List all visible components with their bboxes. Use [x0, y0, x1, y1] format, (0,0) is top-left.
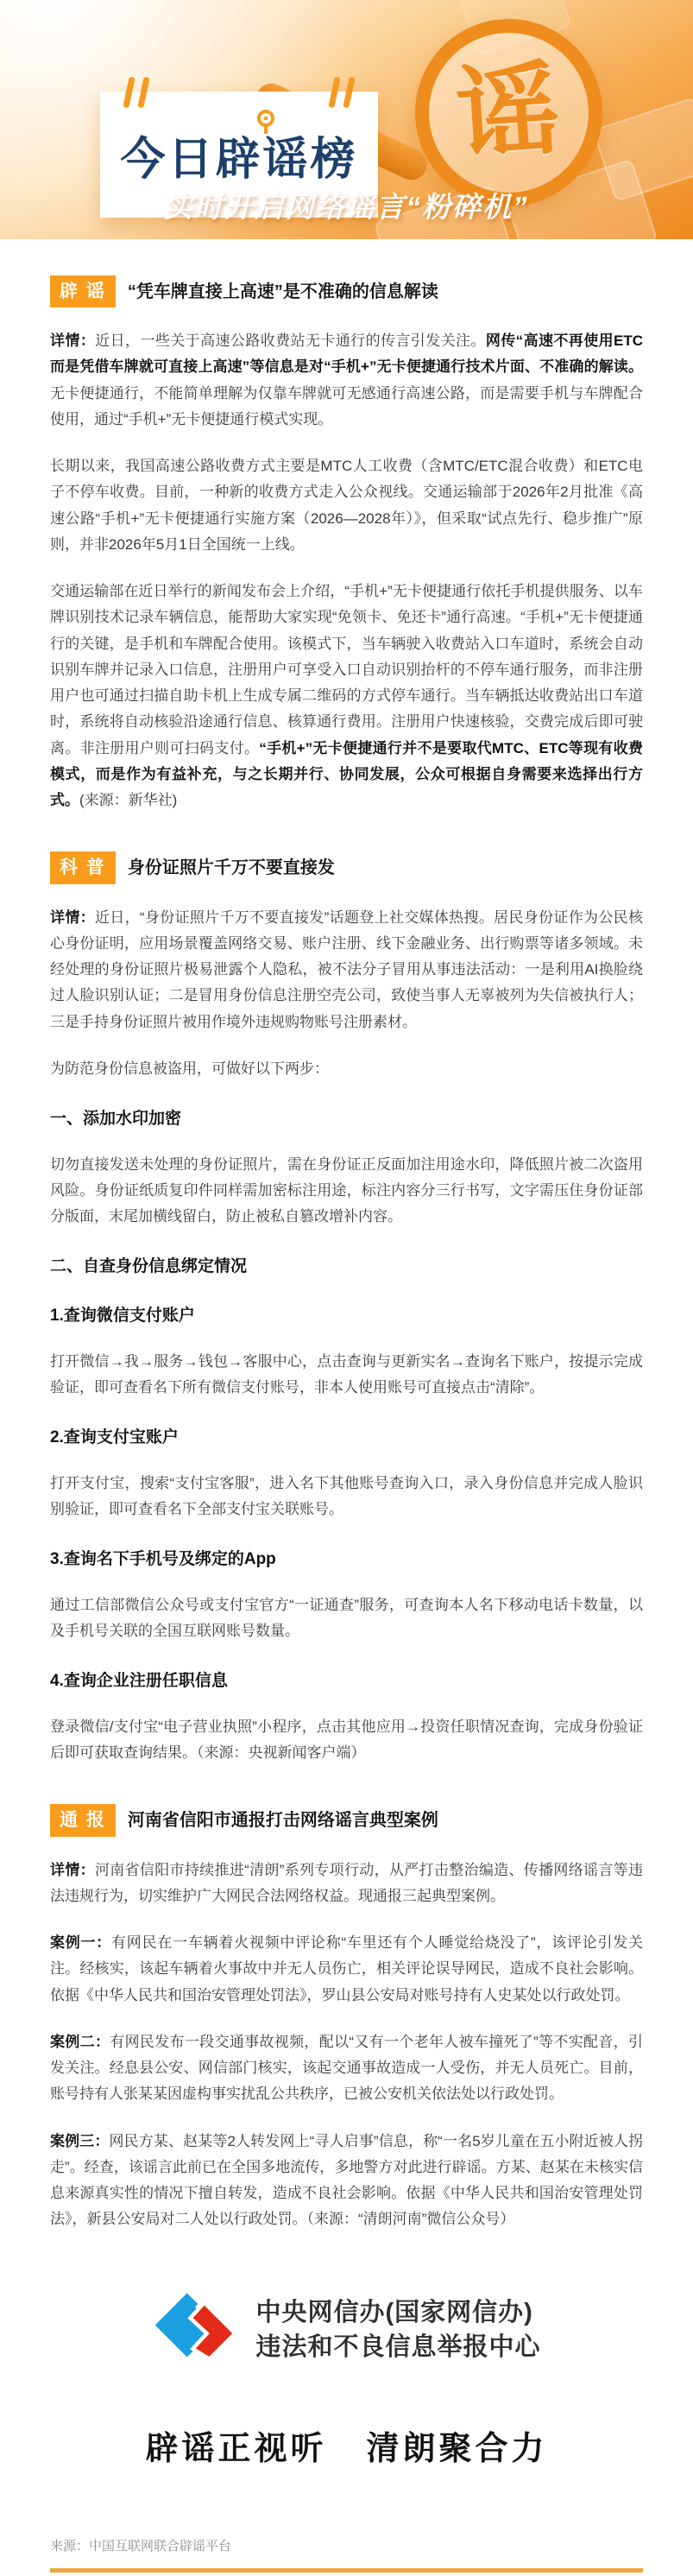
- text-run: 打开支付宝，搜索“支付宝客服”，进入名下其他账号查询入口，录入身份信息并完成人脸…: [50, 1475, 643, 1517]
- paragraph: 通过工信部微信公众号或支付宝官方“一证通查”服务，可查询本人名下移动电话卡数量，…: [50, 1592, 643, 1645]
- report-center-name: 中央网信办(国家网信办) 违法和不良信息举报中心: [255, 2295, 540, 2364]
- article-section: 通 报河南省信阳市通报打击网络谣言典型案例详情：河南省信阳市持续推进“清朗”系列…: [50, 1804, 643, 2232]
- text-run: 有网民在一车辆着火视频中评论称“车里还有个人睡觉给烧没了”，该评论引发关注。经核…: [50, 1934, 643, 2003]
- banner-image: 谣 今日辟谣榜 实时开启网络谣言“粉碎机”: [0, 0, 693, 239]
- paragraph: 交通运输部在近日举行的新闻发布会上介绍，“手机+”无卡便捷通行依托手机提供服务、…: [50, 579, 643, 813]
- section-header: 通 报河南省信阳市通报打击网络谣言典型案例: [50, 1804, 643, 1836]
- magnifier-icon: 谣: [415, 19, 602, 206]
- text-run: (来源：新华社): [79, 792, 177, 808]
- section-badge: 通 报: [50, 1804, 116, 1836]
- paragraph: 案例一：有网民在一车辆着火视频中评论称“车里还有个人睡觉给烧没了”，该评论引发关…: [50, 1930, 643, 2009]
- sub-heading: 2.查询支付宝账户: [50, 1427, 643, 1450]
- section-header: 辟 谣“凭车牌直接上高速”是不准确的信息解读: [50, 275, 643, 307]
- section-badge: 科 普: [50, 851, 116, 883]
- banner-title: 今日辟谣榜: [120, 123, 357, 187]
- pin-mark-icon: [137, 77, 149, 109]
- org-name-line2: 违法和不良信息举报中心: [255, 2330, 540, 2364]
- report-center-block: 中央网信办(国家网信办) 违法和不良信息举报中心: [50, 2288, 643, 2371]
- text-run: 切勿直接发送未处理的身份证照片，需在身份证正反面加注用途水印，降低照片被二次盗用…: [50, 1156, 643, 1225]
- text-run: 案例二：: [50, 2034, 110, 2050]
- text-run: 网民方某、赵某等2人转发网上“寻人启事”信息，称“一名5岁儿童在五小附近被人拐走…: [50, 2133, 643, 2228]
- text-run: 详情：: [50, 909, 95, 926]
- banner-title-text: 今日辟谣榜: [120, 135, 357, 185]
- pin-mark-icon: [328, 77, 340, 109]
- text-run: 河南省信阳市持续推进“清朗”系列专项行动，从严打击整治编造、传播网络谣言等违法违…: [50, 1862, 643, 1904]
- paragraph: 详情：近日，“身份证照片千万不要直接发”话题登上社交媒体热搜。居民身份证作为公民…: [50, 905, 643, 1035]
- banner-subtitle: 实时开启网络谣言“粉碎机”: [0, 185, 693, 225]
- magnifier-doodle-icon: [253, 109, 279, 135]
- text-run: 交通运输部在近日举行的新闻发布会上介绍，“手机+”无卡便捷通行依托手机提供服务、…: [50, 583, 643, 756]
- paragraph: 长期以来，我国高速公路收费方式主要是MTC人工收费（含MTC/ETC混合收费）和…: [50, 453, 643, 558]
- paragraph: 登录微信/支付宝“电子营业执照”小程序，点击其他应用→投资任职情况查询，完成身份…: [50, 1714, 643, 1767]
- rumor-character: 谣: [455, 59, 564, 168]
- article-section: 科 普身份证照片千万不要直接发详情：近日，“身份证照片千万不要直接发”话题登上社…: [50, 851, 643, 1766]
- sub-heading: 一、添加水印加密: [50, 1108, 643, 1131]
- bottom-divider: [50, 2568, 643, 2573]
- text-run: 为防范身份信息被盗用，可做好以下两步：: [50, 1060, 329, 1077]
- sub-heading: 二、自查身份信息绑定情况: [50, 1256, 643, 1279]
- source-line: 来源：中国互联网联合辟谣平台: [50, 2536, 643, 2554]
- text-run: 打开微信→我→服务→钱包→客服中心，点击查询与更新实名→查询名下账户，按提示完成…: [50, 1353, 643, 1396]
- pin-mark-icon: [343, 77, 355, 109]
- sub-heading: 4.查询企业注册任职信息: [50, 1670, 643, 1693]
- paragraph: 案例二：有网民发布一段交通事故视频，配以“又有一个老年人被车撞死了”等不实配音，…: [50, 2029, 643, 2108]
- article-body: 辟 谣“凭车牌直接上高速”是不准确的信息解读详情：近日，一些关于高速公路收费站无…: [50, 275, 643, 2233]
- paragraph: 详情：近日，一些关于高速公路收费站无卡通行的传言引发关注。网传“高速不再使用ET…: [50, 328, 643, 433]
- paragraph: 案例三：网民方某、赵某等2人转发网上“寻人启事”信息，称“一名5岁儿童在五小附近…: [50, 2129, 643, 2233]
- slogan-right: 清朗聚合力: [367, 2431, 548, 2467]
- text-run: 有网民发布一段交通事故视频，配以“又有一个老年人被车撞死了”等不实配音，引发关注…: [50, 2034, 643, 2103]
- org-name-line1: 中央网信办(国家网信办): [255, 2295, 540, 2330]
- text-run: 近日，“身份证照片千万不要直接发”话题登上社交媒体热搜。居民身份证作为公民核心身…: [50, 909, 643, 1030]
- section-title: 河南省信阳市通报打击网络谣言典型案例: [128, 1809, 438, 1832]
- paragraph: 详情：河南省信阳市持续推进“清朗”系列专项行动，从严打击整治编造、传播网络谣言等…: [50, 1858, 643, 1910]
- text-run: 通过工信部微信公众号或支付宝官方“一证通查”服务，可查询本人名下移动电话卡数量，…: [50, 1597, 643, 1639]
- pin-mark-icon: [123, 77, 135, 109]
- section-title: “凭车牌直接上高速”是不准确的信息解读: [128, 281, 438, 303]
- text-run: 近日，一些关于高速公路收费站无卡通行的传言引发关注。: [95, 332, 486, 349]
- footer: 中央网信办(国家网信办) 违法和不良信息举报中心 辟谣正视听清朗聚合力 来源：中…: [50, 2288, 643, 2573]
- paragraph: 打开支付宝，搜索“支付宝客服”，进入名下其他账号查询入口，录入身份信息并完成人脸…: [50, 1471, 643, 1523]
- section-badge: 辟 谣: [50, 275, 116, 307]
- section-title: 身份证照片千万不要直接发: [128, 857, 335, 879]
- slogan: 辟谣正视听清朗聚合力: [50, 2421, 643, 2469]
- text-run: 无卡便捷通行，不能简单理解为仅靠车牌就可无感通行高速公路，而是需要手机与车牌配合…: [50, 385, 643, 427]
- text-run: 详情：: [50, 332, 95, 349]
- text-run: 登录微信/支付宝“电子营业执照”小程序，点击其他应用→投资任职情况查询，完成身份…: [50, 1718, 643, 1761]
- slogan-left: 辟谣正视听: [145, 2431, 326, 2467]
- text-run: 案例一：: [50, 1934, 111, 1951]
- report-center-logo-icon: [152, 2288, 238, 2371]
- paragraph: 为防范身份信息被盗用，可做好以下两步：: [50, 1056, 643, 1082]
- article-content: 辟 谣“凭车牌直接上高速”是不准确的信息解读详情：近日，一些关于高速公路收费站无…: [0, 239, 693, 2573]
- sub-heading: 1.查询微信支付账户: [50, 1305, 643, 1328]
- text-run: 案例三：: [50, 2133, 110, 2149]
- section-header: 科 普身份证照片千万不要直接发: [50, 851, 643, 883]
- text-run: 详情：: [50, 1862, 95, 1878]
- sub-heading: 3.查询名下手机号及绑定的App: [50, 1548, 643, 1572]
- article-section: 辟 谣“凭车牌直接上高速”是不准确的信息解读详情：近日，一些关于高速公路收费站无…: [50, 275, 643, 813]
- paragraph: 打开微信→我→服务→钱包→客服中心，点击查询与更新实名→查询名下账户，按提示完成…: [50, 1349, 643, 1402]
- text-run: 长期以来，我国高速公路收费方式主要是MTC人工收费（含MTC/ETC混合收费）和…: [50, 458, 643, 553]
- paragraph: 切勿直接发送未处理的身份证照片，需在身份证正反面加注用途水印，降低照片被二次盗用…: [50, 1152, 643, 1231]
